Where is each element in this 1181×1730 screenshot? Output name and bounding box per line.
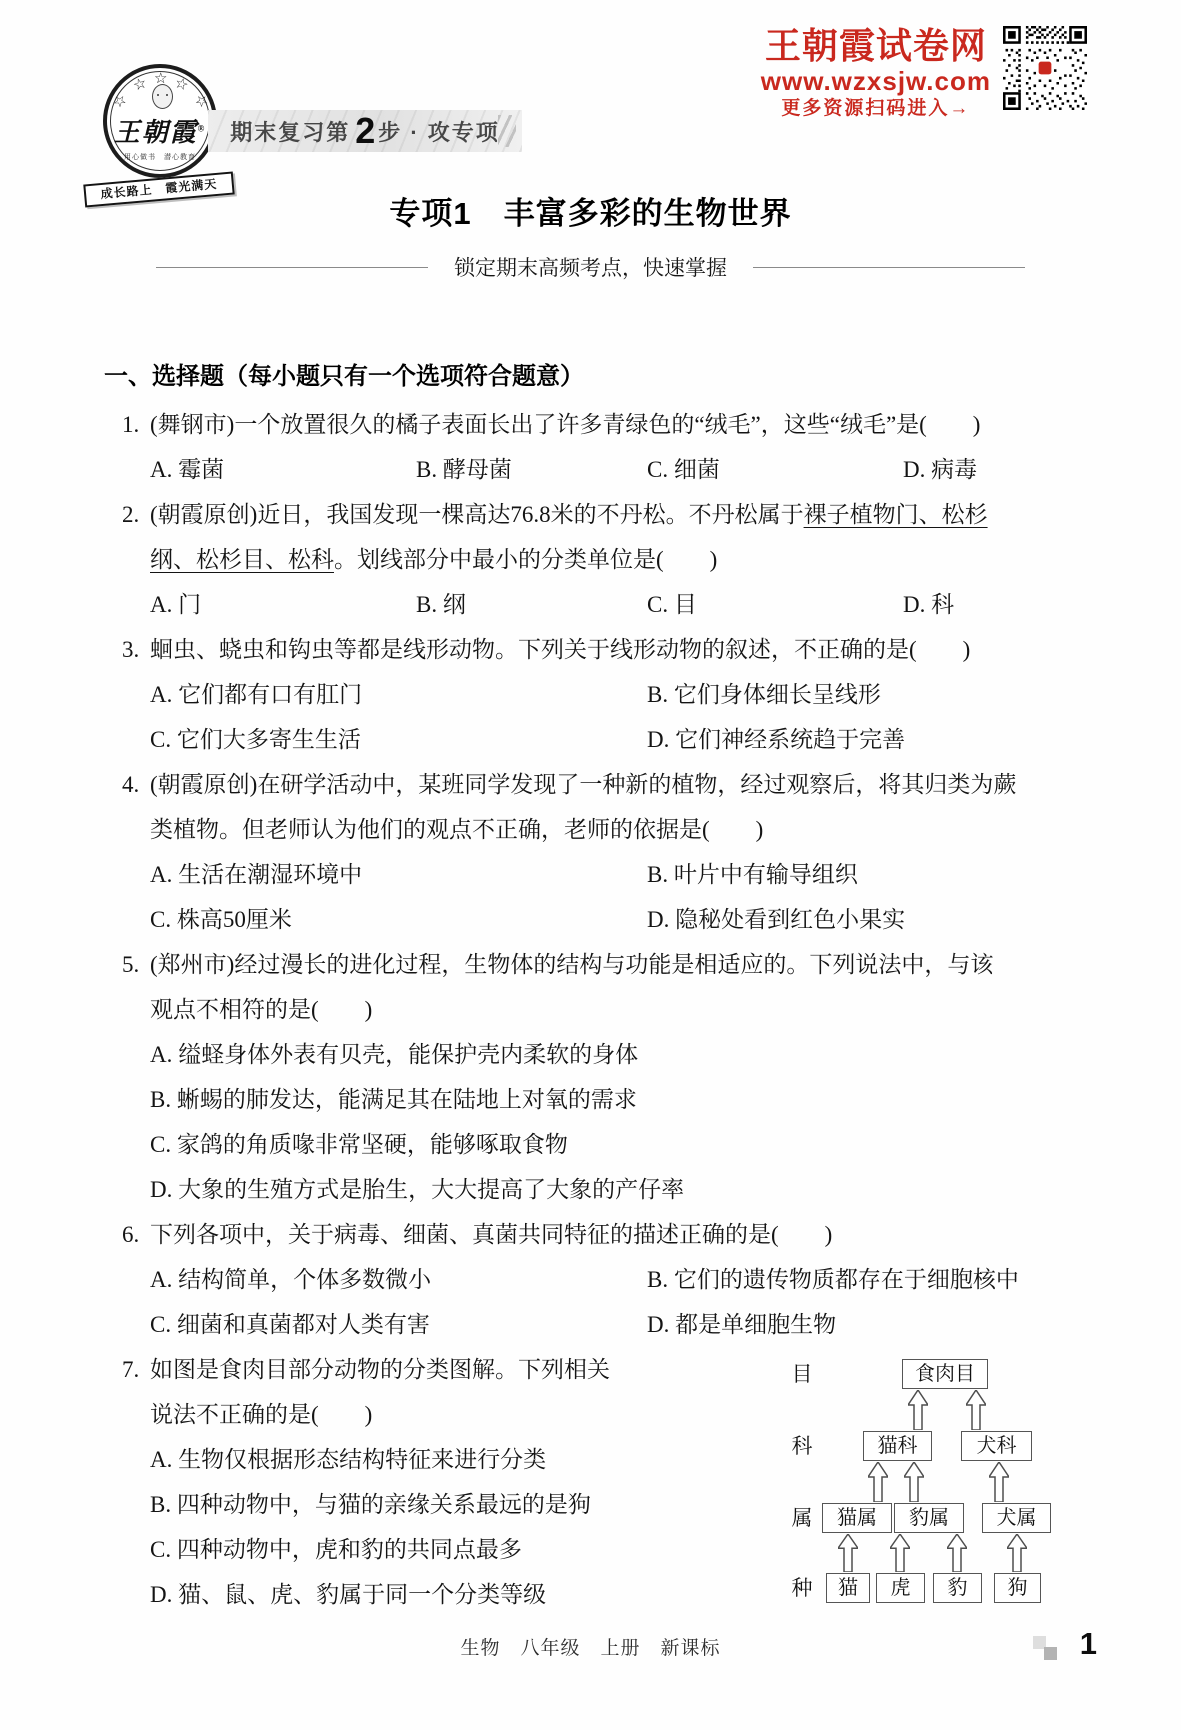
level-label-family: 科 bbox=[790, 1431, 814, 1461]
section-heading: 一、选择题（每小题只有一个选项符合题意） bbox=[104, 352, 1066, 402]
level-label-genus: 属 bbox=[790, 1503, 814, 1533]
up-arrow-icon bbox=[947, 1534, 967, 1572]
site-scan-tip: 更多资源扫码进入→ bbox=[761, 96, 991, 121]
option-c: C. 目 bbox=[647, 582, 903, 627]
question-number: 4. bbox=[122, 762, 139, 807]
box-cat-genus: 猫属 bbox=[822, 1503, 892, 1533]
star-icon: ☆ bbox=[109, 90, 131, 112]
question-3: 3. 蛔虫、蛲虫和钩虫等都是线形动物。下列关于线形动物的叙述，不正确的是( ) … bbox=[122, 627, 1066, 762]
banner-step-number: 2 bbox=[355, 110, 375, 152]
options-grid: A. 它们都有口有肛门 B. 它们身体细长呈线形 C. 它们大多寄生生活 D. … bbox=[150, 672, 1066, 762]
option-b: B. 它们身体细长呈线形 bbox=[647, 672, 1066, 717]
page-number: 1 bbox=[1080, 1626, 1097, 1662]
subtitle-rule-right bbox=[753, 267, 1025, 268]
star-icon: ☆ bbox=[191, 90, 213, 112]
options-grid: A. 结构简单，个体多数微小 B. 它们的遗传物质都存在于细胞核中 C. 细菌和… bbox=[150, 1257, 1066, 1347]
level-label-order: 目 bbox=[790, 1359, 814, 1389]
subtitle-text: 锁定期末高频考点，快速掌握 bbox=[454, 252, 727, 282]
box-carnivora-order: 食肉目 bbox=[902, 1359, 988, 1389]
question-text-line2: 说法不正确的是( ) bbox=[150, 1392, 710, 1437]
underlined-phrase: 裸子植物门、松杉 bbox=[804, 502, 988, 527]
question-text: 下列各项中，关于病毒、细菌、真菌共同特征的描述正确的是( ) bbox=[150, 1212, 1066, 1257]
portrait-icon bbox=[152, 84, 173, 109]
star-icon: ☆ bbox=[173, 73, 191, 94]
up-arrow-icon bbox=[989, 1462, 1009, 1502]
option-a: A. 它们都有口有肛门 bbox=[150, 672, 647, 717]
option-c: C. 它们大多寄生生活 bbox=[150, 717, 647, 762]
option-c: C. 细菌和真菌都对人类有害 bbox=[150, 1302, 647, 1347]
option-a: A. 结构简单，个体多数微小 bbox=[150, 1257, 647, 1302]
question-text: 蛔虫、蛲虫和钩虫等都是线形动物。下列关于线形动物的叙述，不正确的是( ) bbox=[150, 627, 1066, 672]
question-text-line1: (郑州市)经过漫长的进化过程，生物体的结构与功能是相适应的。下列说法中，与该 bbox=[150, 942, 1066, 987]
option-d: D. 它们神经系统趋于完善 bbox=[647, 717, 1066, 762]
step-banner: 期末复习第 2 步 · 攻专项 bbox=[208, 110, 522, 152]
box-leopard: 豹 bbox=[933, 1573, 982, 1603]
question-text-line2: 类植物。但老师认为他们的观点不正确，老师的依据是( ) bbox=[150, 807, 1066, 852]
footer-book-info: 生物 八年级 上册 新课标 bbox=[0, 1634, 1181, 1664]
option-b: B. 它们的遗传物质都存在于细胞核中 bbox=[647, 1257, 1066, 1302]
options-grid: A. 生活在潮湿环境中 B. 叶片中有输导组织 C. 株高50厘米 D. 隐秘处… bbox=[150, 852, 1066, 942]
question-text-line2: 观点不相符的是( ) bbox=[150, 987, 1066, 1032]
option-d: D. 隐秘处看到红色小果实 bbox=[647, 897, 1066, 942]
question-6: 6. 下列各项中，关于病毒、细菌、真菌共同特征的描述正确的是( ) A. 结构简… bbox=[122, 1212, 1066, 1347]
up-arrow-icon bbox=[838, 1534, 858, 1572]
box-dog-family: 犬科 bbox=[961, 1431, 1032, 1461]
subtitle: 锁定期末高频考点，快速掌握 bbox=[0, 252, 1181, 282]
option-a: A. 生活在潮湿环境中 bbox=[150, 852, 647, 897]
option-a: A. 缢蛏身体外表有贝壳，能保护壳内柔软的身体 bbox=[150, 1032, 1066, 1077]
option-d: D. 大象的生殖方式是胎生，大大提高了大象的产仔率 bbox=[150, 1167, 1066, 1212]
question-number: 2. bbox=[122, 492, 139, 537]
subtitle-rule-left bbox=[156, 267, 428, 268]
page-corner-decoration bbox=[1033, 1636, 1059, 1662]
option-d: D. 病毒 bbox=[903, 447, 1066, 492]
option-b: B. 酵母菌 bbox=[416, 447, 647, 492]
question-7: 7. 如图是食肉目部分动物的分类图解。下列相关 说法不正确的是( ) A. 生物… bbox=[122, 1347, 1066, 1617]
level-label-species: 种 bbox=[790, 1573, 814, 1603]
question-number: 6. bbox=[122, 1212, 139, 1257]
up-arrow-icon bbox=[868, 1462, 888, 1502]
options-list: A. 缢蛏身体外表有贝壳，能保护壳内柔软的身体 B. 蜥蜴的肺发达，能满足其在陆… bbox=[150, 1032, 1066, 1212]
box-cat-family: 猫科 bbox=[863, 1431, 932, 1461]
site-name: 王朝霞试卷网 bbox=[761, 26, 991, 66]
page-title: 专项1 丰富多彩的生物世界 bbox=[0, 188, 1181, 233]
wangzhaoxia-logo-badge: ☆ ☆ ☆ ☆ ☆ 王朝霞® 用心做书 潜心教育 bbox=[103, 64, 217, 178]
up-arrow-icon bbox=[908, 1390, 928, 1430]
option-a: A. 门 bbox=[150, 582, 416, 627]
question-text-line1: (朝霞原创)在研学活动中，某班同学发现了一种新的植物，经过观察后，将其归类为蕨 bbox=[150, 762, 1066, 807]
classification-diagram: 目 科 属 种 食肉目 猫科 犬科 猫属 豹属 犬属 猫 虎 豹 狗 bbox=[790, 1359, 1058, 1609]
up-arrow-icon bbox=[890, 1534, 910, 1572]
question-number: 3. bbox=[122, 627, 139, 672]
question-text: 。划线部分中最小的分类单位是( ) bbox=[334, 547, 717, 572]
underlined-phrase: 纲、松杉目、松科 bbox=[150, 547, 334, 572]
question-text: (朝霞原创)近日，我国发现一棵高达76.8米的不丹松。不丹松属于 bbox=[150, 502, 804, 527]
question-number: 5. bbox=[122, 942, 139, 987]
banner-suffix: 步 · 攻专项 bbox=[378, 116, 500, 147]
option-d: D. 科 bbox=[903, 582, 1066, 627]
question-number: 1. bbox=[122, 402, 139, 447]
up-arrow-icon bbox=[904, 1462, 924, 1502]
box-tiger: 虎 bbox=[876, 1573, 925, 1603]
box-cat: 猫 bbox=[826, 1573, 870, 1603]
option-d: D. 都是单细胞生物 bbox=[647, 1302, 1066, 1347]
question-text-line1: 如图是食肉目部分动物的分类图解。下列相关 bbox=[150, 1347, 710, 1392]
question-text: (舞钢市)一个放置很久的橘子表面长出了许多青绿色的“绒毛”，这些“绒毛”是( ) bbox=[150, 402, 1066, 447]
banner-prefix: 期末复习第 bbox=[230, 116, 350, 147]
box-dog-genus: 犬属 bbox=[982, 1503, 1051, 1533]
registered-mark: ® bbox=[198, 123, 207, 133]
logo-slogan: 用心做书 潜心教育 bbox=[107, 152, 213, 162]
option-b: B. 叶片中有输导组织 bbox=[647, 852, 1066, 897]
question-text-line1: (朝霞原创)近日，我国发现一棵高达76.8米的不丹松。不丹松属于裸子植物门、松杉 bbox=[150, 492, 1066, 537]
star-icon: ☆ bbox=[131, 73, 149, 94]
box-panthera-genus: 豹属 bbox=[894, 1503, 964, 1533]
option-a: A. 霉菌 bbox=[150, 447, 416, 492]
box-dog: 狗 bbox=[994, 1573, 1041, 1603]
question-list: 一、选择题（每小题只有一个选项符合题意） 1. (舞钢市)一个放置很久的橘子表面… bbox=[122, 352, 1066, 1617]
site-url: www.wzxsjw.com bbox=[761, 66, 991, 96]
options-row: A. 霉菌 B. 酵母菌 C. 细菌 D. 病毒 bbox=[150, 447, 1066, 492]
up-arrow-icon bbox=[966, 1390, 986, 1430]
option-b: B. 蜥蜴的肺发达，能满足其在陆地上对氧的需求 bbox=[150, 1077, 1066, 1122]
options-row: A. 门 B. 纲 C. 目 D. 科 bbox=[150, 582, 1066, 627]
up-arrow-icon bbox=[1007, 1534, 1027, 1572]
question-5: 5. (郑州市)经过漫长的进化过程，生物体的结构与功能是相适应的。下列说法中，与… bbox=[122, 942, 1066, 1212]
option-c: C. 家鸽的角质喙非常坚硬，能够啄取食物 bbox=[150, 1122, 1066, 1167]
question-text-line2: 纲、松杉目、松科。划线部分中最小的分类单位是( ) bbox=[150, 537, 1066, 582]
qr-code bbox=[1003, 26, 1087, 110]
question-1: 1. (舞钢市)一个放置很久的橘子表面长出了许多青绿色的“绒毛”，这些“绒毛”是… bbox=[122, 402, 1066, 492]
question-number: 7. bbox=[122, 1347, 139, 1392]
option-b: B. 纲 bbox=[416, 582, 647, 627]
gray-block-icon bbox=[1044, 1647, 1057, 1660]
exam-page: ☆ ☆ ☆ ☆ ☆ 王朝霞® 用心做书 潜心教育 成长路上 霞光满天 期末复习第… bbox=[0, 0, 1181, 1730]
site-header: 王朝霞试卷网 www.wzxsjw.com 更多资源扫码进入→ bbox=[761, 26, 1087, 121]
site-text-block: 王朝霞试卷网 www.wzxsjw.com 更多资源扫码进入→ bbox=[761, 26, 991, 121]
option-c: C. 细菌 bbox=[647, 447, 903, 492]
question-4: 4. (朝霞原创)在研学活动中，某班同学发现了一种新的植物，经过观察后，将其归类… bbox=[122, 762, 1066, 942]
logo-brand-name: 王朝霞® bbox=[107, 112, 213, 149]
question-2: 2. (朝霞原创)近日，我国发现一棵高达76.8米的不丹松。不丹松属于裸子植物门… bbox=[122, 492, 1066, 627]
option-c: C. 株高50厘米 bbox=[150, 897, 647, 942]
